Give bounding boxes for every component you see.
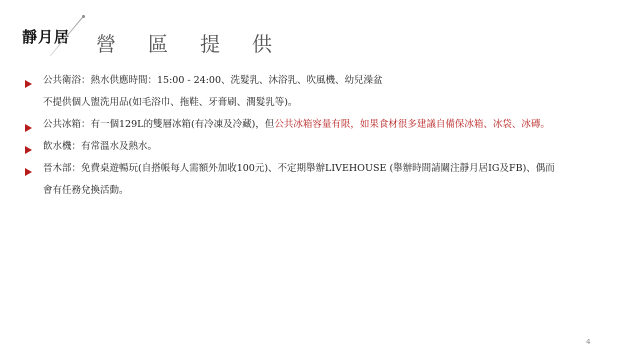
club-line-2: 會有任務兌換活動。 [43, 180, 555, 202]
bathroom-line-2: 不提供個人盥洗用品(如毛浴巾、拖鞋、牙膏刷、潤髮乳等)。 [43, 92, 383, 114]
list-item-fridge: 公共冰箱：有一個129L的雙層冰箱(有冷凍及冷藏)，但公共冰箱容量有限，如果食材… [25, 120, 625, 136]
page-number: 4 [586, 338, 590, 346]
logo: 靜月居 [22, 26, 70, 47]
page-title: 營區提供 [96, 28, 304, 57]
list-item-bathroom: 公共衛浴：熱水供應時間：15:00 - 24:00、洗髮乳、沐浴乳、吹風機、幼兒… [25, 76, 625, 114]
list-item-water: 飲水機：有常溫水及熱水。 [25, 142, 625, 158]
triangle-bullet-icon [25, 168, 32, 176]
triangle-bullet-icon [25, 124, 32, 132]
list-item-club: 晉木部：免費桌遊暢玩(自搭帳每人需額外加收100元)、不定期舉辦LIVEHOUS… [25, 164, 625, 202]
content-list: 公共衛浴：熱水供應時間：15:00 - 24:00、洗髮乳、沐浴乳、吹風機、幼兒… [25, 76, 625, 208]
club-line-1: 晉木部：免費桌遊暢玩(自搭帳每人需額外加收100元)、不定期舉辦LIVEHOUS… [43, 158, 555, 180]
fridge-text: 公共冰箱：有一個129L的雙層冰箱(有冷凍及冷藏)，但 [43, 119, 274, 130]
fridge-warning: 公共冰箱容量有限，如果食材很多建議自備保冰箱、冰袋、冰磚。 [274, 119, 550, 130]
triangle-bullet-icon [25, 80, 32, 88]
water-text: 飲水機：有常溫水及熱水。 [43, 136, 157, 158]
triangle-bullet-icon [25, 146, 32, 154]
bathroom-line-1: 公共衛浴：熱水供應時間：15:00 - 24:00、洗髮乳、沐浴乳、吹風機、幼兒… [43, 70, 383, 92]
